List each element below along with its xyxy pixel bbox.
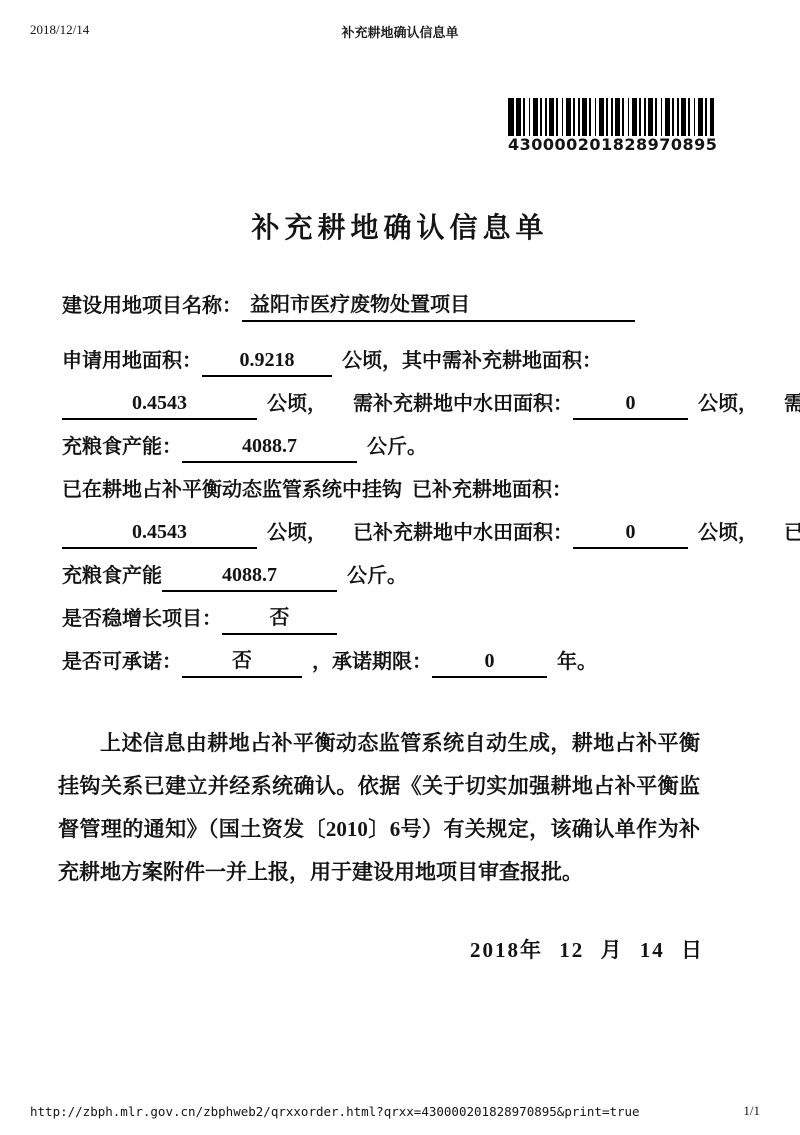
form-line-promise: 是否可承诺：否，承诺期限：0年。 bbox=[62, 646, 708, 678]
done-grain-label: 充粮食产能 bbox=[62, 565, 162, 587]
document-page: 2018/12/14 补充耕地确认信息单 430000201828970895 … bbox=[0, 0, 800, 1135]
promise-label: 是否可承诺： bbox=[62, 651, 182, 673]
document-title: 补充耕地确认信息单 bbox=[0, 206, 800, 246]
done-area-label: 已补充耕地面积： bbox=[412, 479, 572, 501]
print-footer-url: http://zbph.mlr.gov.cn/zbphweb2/qrxxorde… bbox=[30, 1104, 640, 1119]
signature-date: 2018年 12 月 14 日 bbox=[470, 934, 704, 964]
form-line-apply-area: 申请用地面积：0.9218公顷，其中需补充耕地面积： bbox=[62, 345, 708, 377]
form-line-linked: 已在耕地占补平衡动态监管系统中挂钩已补充耕地面积： bbox=[62, 474, 708, 506]
steady-growth-value: 否 bbox=[222, 603, 337, 635]
barcode-number-row: 430000201828970895 bbox=[508, 136, 706, 154]
promise-period-label: ，承诺期限： bbox=[312, 651, 432, 673]
apply-area-suffix: 公顷，其中需补充耕地面积： bbox=[342, 350, 602, 372]
done-paddy-value: 0 bbox=[573, 517, 688, 549]
steady-growth-label: 是否稳增长项目： bbox=[62, 608, 222, 630]
promise-period-value: 0 bbox=[432, 646, 547, 678]
form-line-done-area: 0.4543公顷，已补充耕地中水田面积：0公顷，已补 bbox=[62, 517, 708, 549]
need-grain-label: 充粮食产能： bbox=[62, 436, 182, 458]
form-line-need-area: 0.4543公顷，需补充耕地中水田面积：0公顷，需补 bbox=[62, 388, 708, 420]
done-area-value: 0.4543 bbox=[62, 517, 257, 549]
statement-paragraph: 上述信息由耕地占补平衡动态监管系统自动生成，耕地占补平衡挂钩关系已建立并经系统确… bbox=[58, 722, 700, 894]
promise-value: 否 bbox=[182, 646, 302, 678]
apply-area-label: 申请用地面积： bbox=[62, 350, 202, 372]
done-wrap-text: 已补 bbox=[784, 522, 800, 544]
project-name-value: 益阳市医疗废物处置项目 bbox=[242, 290, 635, 322]
done-grain-value: 4088.7 bbox=[162, 560, 337, 592]
print-footer-page-number: 1/1 bbox=[743, 1103, 760, 1119]
done-area-unit: 公顷， bbox=[267, 522, 327, 544]
need-wrap-text: 需补 bbox=[784, 393, 800, 415]
barcode-bars-graphic bbox=[508, 98, 714, 136]
done-paddy-unit: 公顷， bbox=[698, 522, 758, 544]
barcode-number: 430000201828970895 bbox=[508, 136, 717, 154]
need-grain-unit: 公斤。 bbox=[367, 436, 427, 458]
need-grain-value: 4088.7 bbox=[182, 431, 357, 463]
linked-system-text: 已在耕地占补平衡动态监管系统中挂钩 bbox=[62, 479, 402, 501]
need-paddy-label: 需补充耕地中水田面积： bbox=[353, 393, 573, 415]
project-name-label: 建设用地项目名称： bbox=[62, 295, 242, 317]
need-area-value: 0.4543 bbox=[62, 388, 257, 420]
print-header-title: 补充耕地确认信息单 bbox=[0, 22, 800, 41]
form-line-done-grain: 充粮食产能4088.7公斤。 bbox=[62, 560, 708, 592]
promise-suffix: 年。 bbox=[557, 651, 597, 673]
form-line-project: 建设用地项目名称：益阳市医疗废物处置项目 bbox=[62, 290, 708, 322]
need-area-unit: 公顷， bbox=[267, 393, 327, 415]
barcode: 430000201828970895 bbox=[508, 98, 706, 154]
done-paddy-label: 已补充耕地中水田面积： bbox=[353, 522, 573, 544]
form-line-need-grain: 充粮食产能：4088.7公斤。 bbox=[62, 431, 708, 463]
done-grain-unit: 公斤。 bbox=[347, 565, 407, 587]
form-body: 建设用地项目名称：益阳市医疗废物处置项目 申请用地面积：0.9218公顷，其中需… bbox=[62, 290, 708, 689]
form-line-steady-growth: 是否稳增长项目：否 bbox=[62, 603, 708, 635]
apply-area-value: 0.9218 bbox=[202, 345, 332, 377]
need-paddy-value: 0 bbox=[573, 388, 688, 420]
need-paddy-unit: 公顷， bbox=[698, 393, 758, 415]
